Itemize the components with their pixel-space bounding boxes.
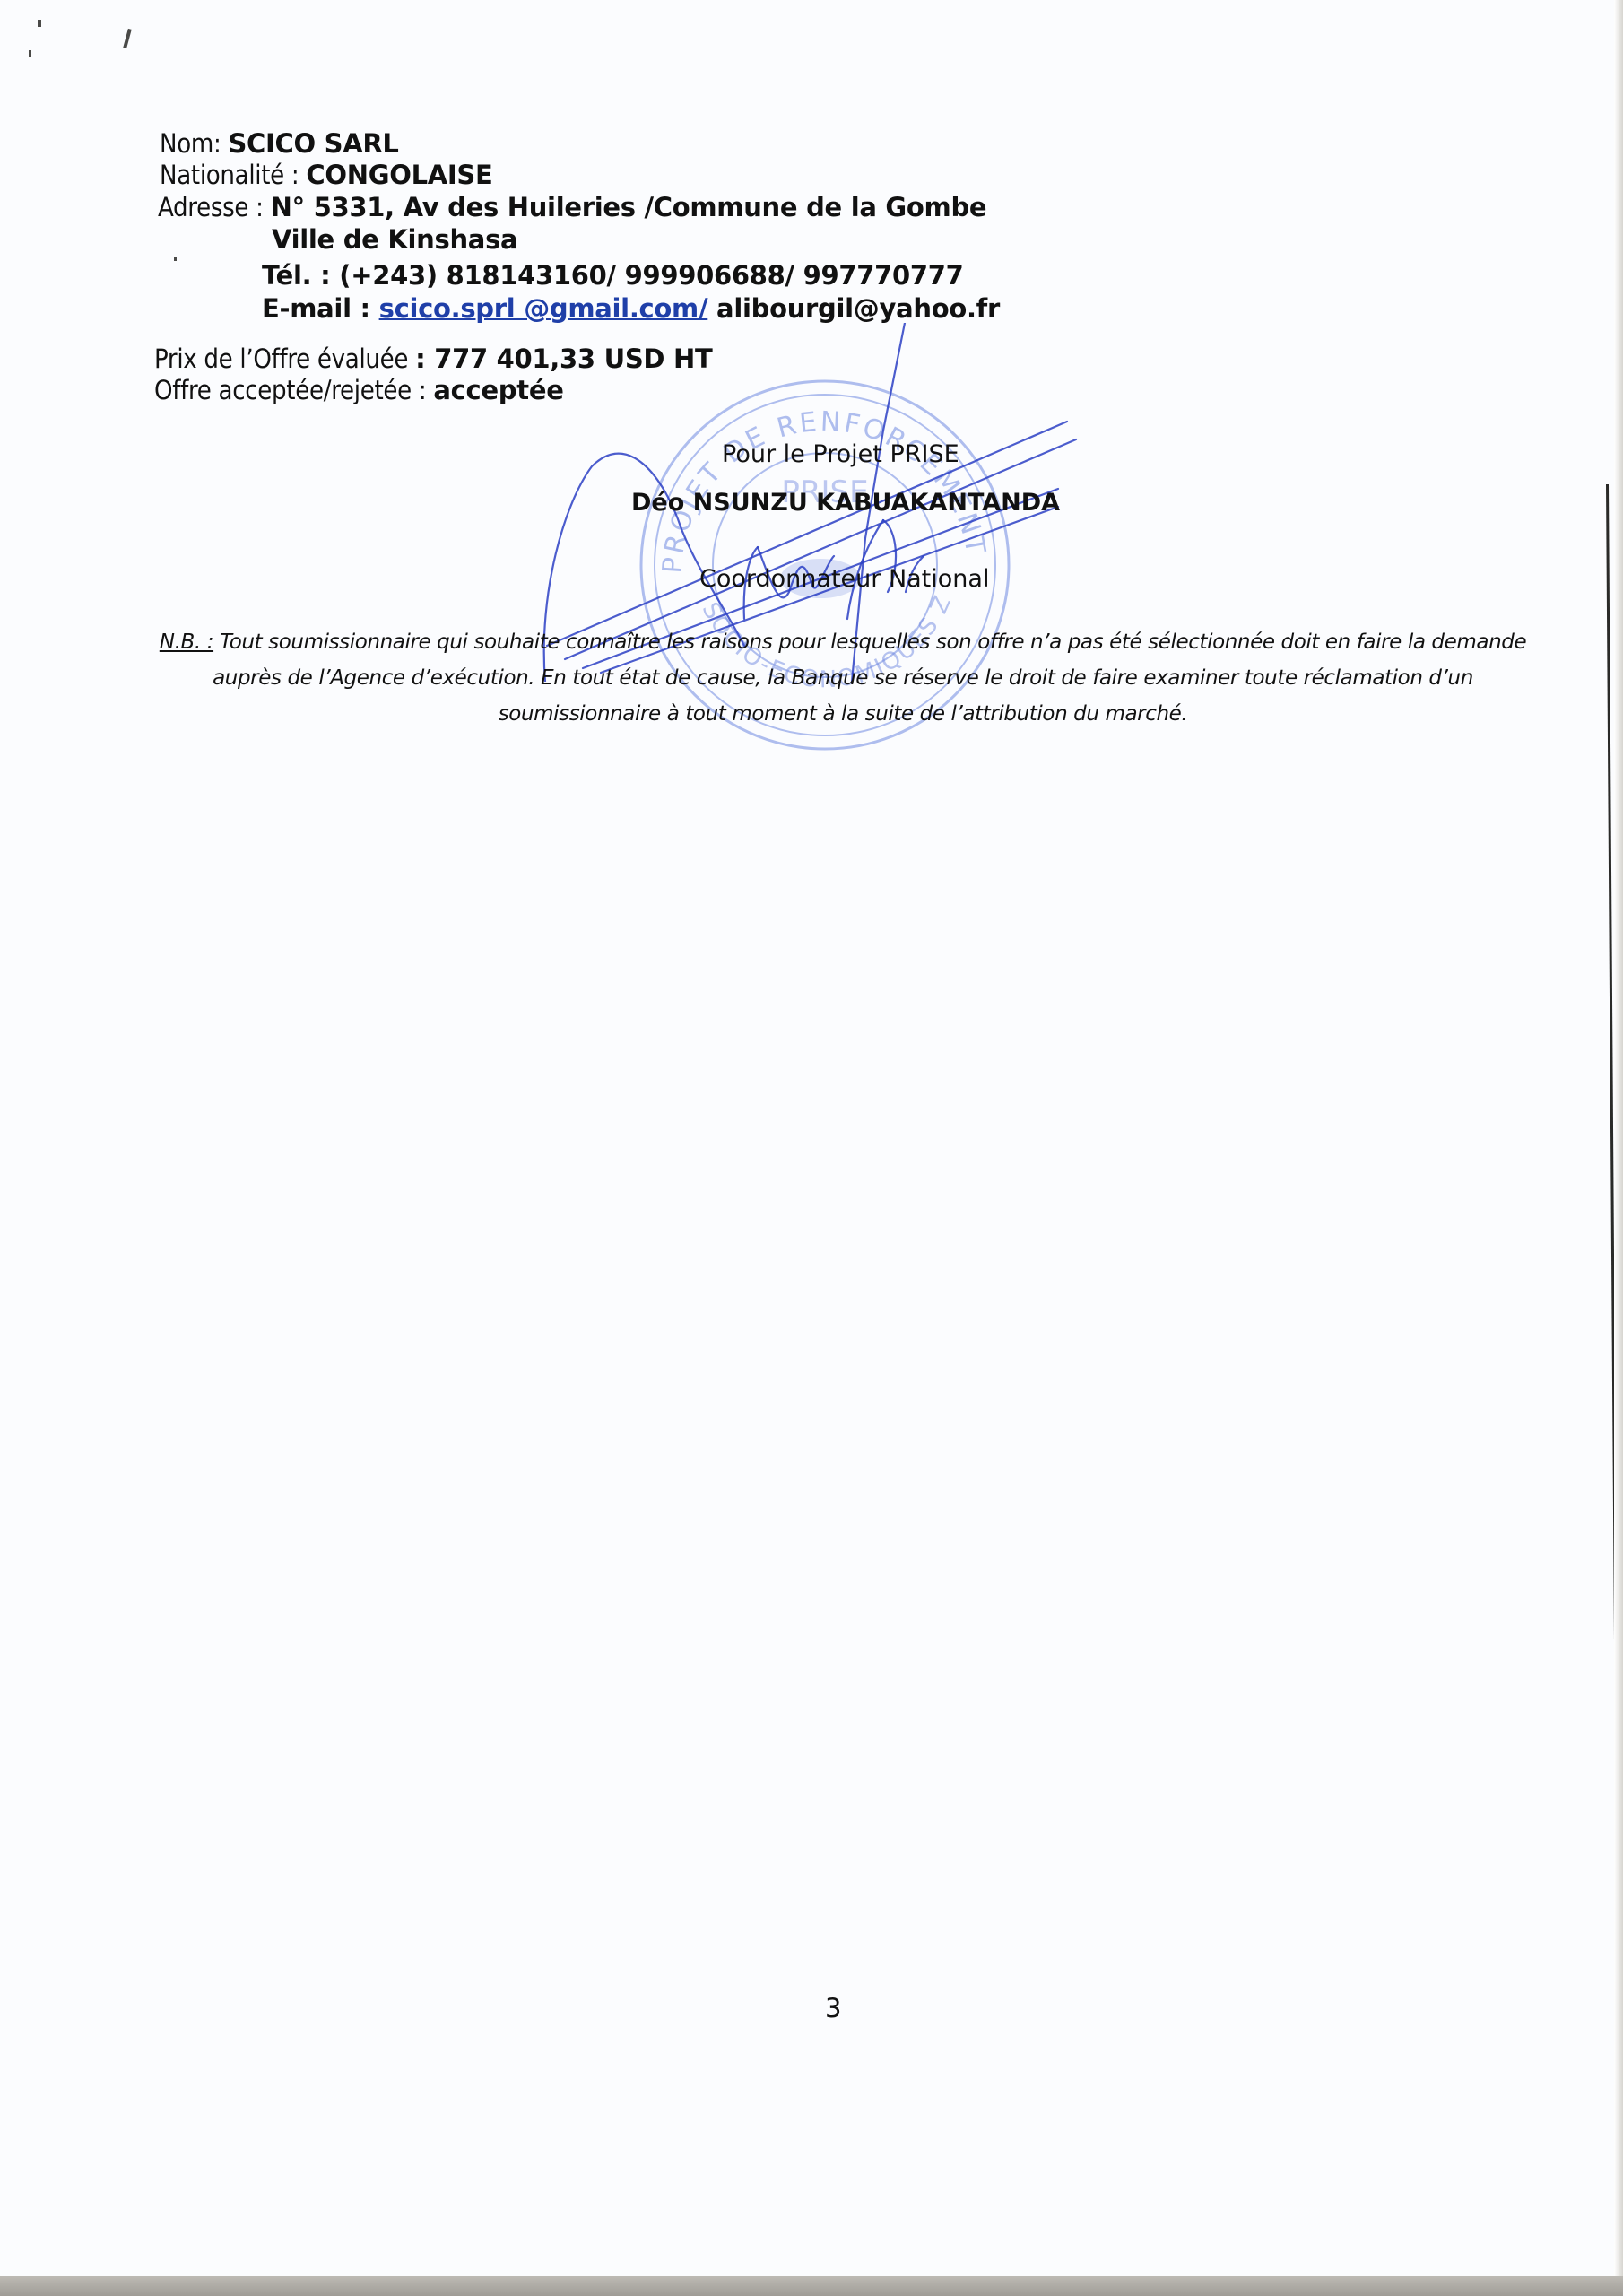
bidder-email-link[interactable]: scico.sprl @gmail.com/ — [379, 293, 708, 324]
svg-text:PROJET DE RENFORCEMENT DES INF: PROJET DE RENFORCEMENT DES INFRASTRUCTUR… — [628, 368, 993, 575]
scan-speck — [174, 257, 177, 261]
bidder-address-label: Adresse : — [158, 192, 271, 222]
offer-price-value: : 777 401,33 USD HT — [415, 344, 712, 374]
bidder-address-line1: N° 5331, Av des Huileries /Commune de la… — [271, 192, 987, 222]
note-paragraph: N.B. : Tout soumissionnaire qui souhaite… — [152, 624, 1533, 732]
signatory-name: Déo NSUNZU KABUAKANTANDA — [631, 489, 1060, 517]
offer-status-row: Offre acceptée/rejetée : acceptée — [154, 375, 564, 405]
note-label: N.B. : — [160, 631, 213, 654]
scan-speck — [123, 29, 132, 48]
signatory-for-line: Pour le Projet PRISE — [722, 440, 959, 468]
page-number: 3 — [825, 1993, 841, 2023]
offer-status-label: Offre acceptée/rejetée : — [154, 375, 433, 405]
bidder-phone-label: Tél. : — [262, 260, 339, 291]
bidder-nationality-label: Nationalité : — [160, 160, 306, 190]
scan-bottom-edge — [0, 2276, 1623, 2296]
bidder-name-label: Nom: — [160, 128, 228, 159]
signatory-title: Coordonnateur National — [699, 565, 989, 593]
scan-speck — [38, 20, 41, 27]
scan-right-edge — [1614, 0, 1623, 2296]
bidder-address-line2: Ville de Kinshasa — [272, 224, 517, 255]
scan-speck — [29, 50, 31, 57]
bidder-nationality-row: Nationalité : CONGOLAISE — [160, 160, 492, 190]
bidder-name-row: Nom: SCICO SARL — [160, 128, 399, 159]
scanned-page: Nom: SCICO SARL Nationalité : CONGOLAISE… — [0, 0, 1623, 2296]
bidder-email-row: E-mail : scico.sprl @gmail.com/ alibourg… — [262, 293, 1000, 324]
bidder-email-other: alibourgil@yahoo.fr — [707, 293, 1000, 324]
bidder-phone-value: (+243) 818143160/ 999906688/ 997770777 — [339, 260, 963, 291]
bidder-email-label: E-mail : — [262, 293, 379, 324]
offer-price-row: Prix de l’Offre évaluée : 777 401,33 USD… — [154, 344, 712, 374]
offer-status-value: acceptée — [433, 375, 563, 405]
bidder-address-row: Adresse : N° 5331, Av des Huileries /Com… — [158, 192, 986, 222]
offer-price-label: Prix de l’Offre évaluée — [154, 344, 415, 374]
bidder-name-value: SCICO SARL — [228, 128, 398, 159]
bidder-nationality-value: CONGOLAISE — [306, 160, 492, 190]
note-text: Tout soumissionnaire qui souhaite connaî… — [213, 631, 1526, 726]
bidder-phone-row: Tél. : (+243) 818143160/ 999906688/ 9977… — [262, 260, 963, 291]
